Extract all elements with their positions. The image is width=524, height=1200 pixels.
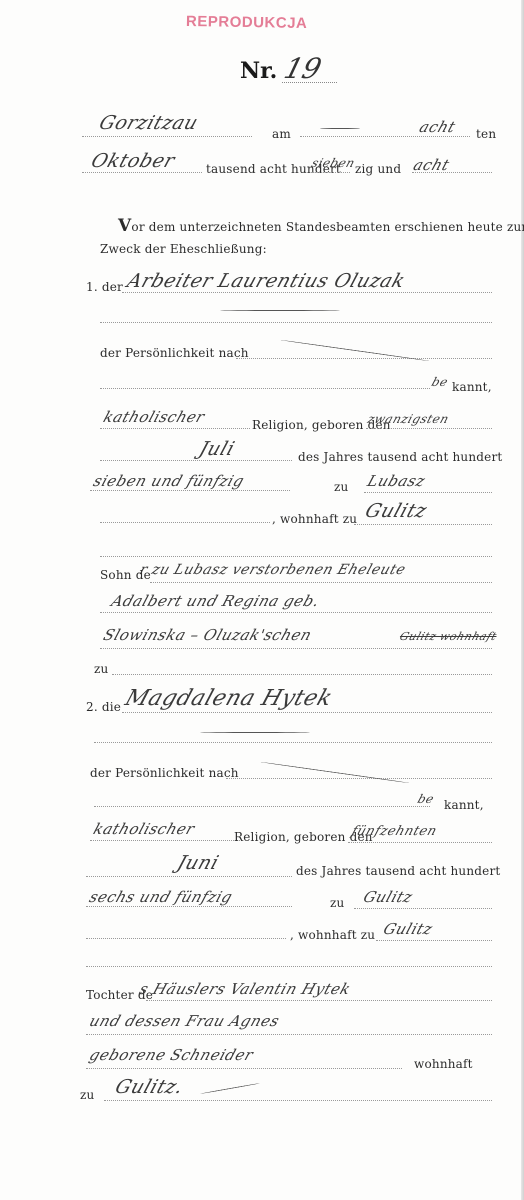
groom-parents-zu-label: zu — [94, 662, 108, 676]
groom-birth-year: sieben und fünfzig — [91, 472, 247, 490]
groom-birthyear-line — [90, 490, 290, 491]
decade-line — [312, 172, 350, 173]
bride-parents-line-1 — [146, 1000, 492, 1001]
groom-parents-line-3 — [100, 648, 492, 649]
bride-parents-residence: Gulitz. — [112, 1076, 186, 1098]
groom-identity-line — [236, 358, 492, 359]
groom-residence-blank-line — [100, 522, 270, 523]
groom-identity-label: der Persönlichkeit nach — [100, 346, 249, 360]
groom-known-prefix: be — [430, 375, 450, 389]
bride-residence: Gulitz — [381, 920, 435, 938]
groom-residence-label: , wohnhaft zu — [272, 512, 357, 526]
groom-extra-line — [100, 322, 492, 323]
bride-name: Magdalena Hytek — [122, 686, 336, 711]
groom-birthmonth-line — [100, 460, 292, 461]
bride-birthmonth-line — [86, 876, 292, 877]
bride-identity-stroke — [261, 762, 410, 784]
intro-initial: V — [118, 216, 131, 236]
groom-year-label: des Jahres tausend acht hundert — [298, 450, 502, 464]
groom-parents-top-line — [100, 556, 492, 557]
bride-parents-top-line — [86, 966, 492, 967]
groom-parents-3: Slowinska – Oluzak'schen — [101, 626, 314, 644]
groom-residence: Gulitz — [362, 500, 429, 522]
decade-value: sieben — [310, 156, 357, 170]
bride-parents-3: geborene Schneider — [87, 1046, 256, 1064]
groom-residence-line — [354, 524, 492, 525]
bride-residence-line — [376, 940, 492, 941]
bride-birthday-line — [348, 842, 492, 843]
bride-known-line — [94, 806, 430, 807]
bride-residence-blank-line — [86, 938, 286, 939]
bride-religion: katholischer — [91, 820, 197, 838]
groom-parents-line-1 — [150, 582, 492, 583]
month-value: Oktober — [88, 150, 177, 172]
bride-zu-label: zu — [330, 896, 344, 910]
bride-residence-label: , wohnhaft zu — [290, 928, 375, 942]
bride-parents-line-2 — [86, 1034, 492, 1035]
groom-parents-zu-line — [112, 674, 492, 675]
groom-religion-line — [100, 428, 250, 429]
bride-religion-line — [90, 840, 240, 841]
ten-label: ten — [476, 127, 496, 141]
record-number-value: 19 — [281, 52, 325, 85]
bride-parents-wohnhaft-label: wohnhaft — [414, 1057, 473, 1071]
bride-identity-label: der Persönlichkeit nach — [90, 766, 239, 780]
bride-extra-stroke — [200, 732, 310, 733]
groom-parents-line-2 — [100, 612, 492, 613]
place-value: Gorzitzau — [96, 112, 201, 134]
bride-parents-2: und dessen Frau Agnes — [87, 1012, 282, 1030]
groom-zu-label: zu — [334, 480, 348, 494]
bride-birthyear-line — [86, 906, 292, 907]
bride-birth-day: fünfzehnten — [350, 824, 439, 839]
groom-number-label: 1. der — [86, 280, 123, 294]
bride-parents-1: s Häuslers Valentin Hytek — [137, 980, 353, 998]
intro-line-1: Vor dem unterzeichneten Standesbeamten e… — [118, 216, 524, 236]
groom-parents-2: Adalbert und Regina geb. — [109, 592, 322, 610]
bride-name-line — [122, 712, 492, 713]
groom-religion: katholischer — [101, 408, 207, 426]
groom-parents-1: r zu Lubasz verstorbenen Eheleute — [137, 562, 407, 578]
bride-year-label: des Jahres tausend acht hundert — [296, 864, 500, 878]
place-line — [82, 136, 252, 137]
groom-extra-stroke — [220, 310, 340, 311]
groom-known-label: kannt, — [452, 380, 492, 394]
bride-birthplace-line — [354, 908, 492, 909]
document-page: REPRODUKCJA Nr. 19 Gorzitzau am acht ten… — [0, 0, 524, 1200]
bride-identity-line — [226, 778, 492, 779]
groom-birth-month: Juli — [196, 438, 237, 460]
bride-birth-year: sechs und fünfzig — [87, 888, 235, 906]
dash-stroke — [320, 128, 360, 129]
groom-birthday-line — [366, 428, 492, 429]
bride-birth-place: Gulitz — [361, 888, 415, 906]
groom-known-line — [100, 388, 430, 389]
bride-known-prefix: be — [416, 792, 436, 806]
zig-und-label: zig und — [355, 162, 401, 176]
bride-parents-zu-label: zu — [80, 1088, 94, 1102]
reproduction-stamp: REPRODUKCJA — [186, 13, 308, 32]
day-line — [300, 136, 470, 137]
groom-name: Arbeiter Laurentius Oluzak — [124, 270, 408, 292]
groom-name-line — [122, 292, 492, 293]
intro-line-2: Zweck der Eheschließung: — [100, 242, 267, 256]
groom-birth-day: zwanzigsten — [366, 412, 451, 426]
groom-birth-place: Lubasz — [365, 472, 428, 490]
bride-known-label: kannt, — [444, 798, 484, 812]
intro-text: or dem unterzeichneten Standesbeamten er… — [131, 220, 524, 234]
am-label: am — [272, 127, 291, 141]
record-number-label: Nr. — [240, 58, 277, 84]
bride-extra-line — [94, 742, 492, 743]
groom-parents-struck: Gulitz wohnhaft — [398, 630, 499, 643]
bride-birth-month: Juni — [174, 852, 221, 874]
month-line — [82, 172, 202, 173]
bride-parents-line-3 — [86, 1068, 402, 1069]
groom-birthplace-line — [364, 492, 492, 493]
bride-flourish-stroke — [200, 1083, 259, 1094]
year-unit-value: acht — [411, 156, 452, 174]
bride-number-label: 2. die — [86, 700, 121, 714]
bride-parents-zu-line — [104, 1100, 492, 1101]
day-value: acht — [417, 118, 458, 136]
